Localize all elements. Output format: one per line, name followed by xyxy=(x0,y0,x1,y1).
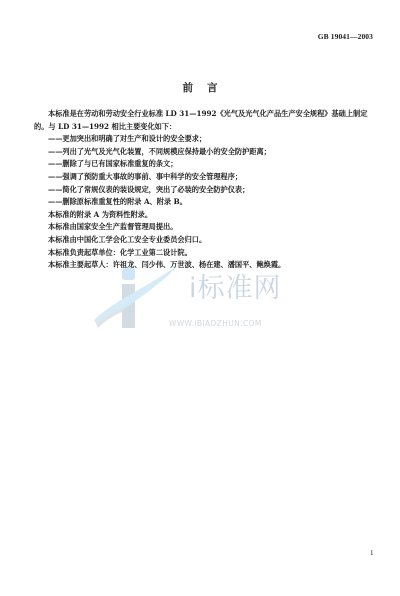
standard-number: GB 19041—2003 xyxy=(318,32,373,41)
watermark-brand: i标准网 xyxy=(189,266,282,305)
statement-line: 本标准由国家安全生产监督管理局提出。 xyxy=(34,221,370,234)
statement-line: 本标准由中国化工学会化工安全专业委员会归口。 xyxy=(34,234,370,247)
page-number: 1 xyxy=(370,549,374,557)
watermark-url: WWW.iBIAOZHUN.COM xyxy=(169,319,262,328)
change-item: ——简化了常规仪表的装设规定，突出了必装的安全防护仪表； xyxy=(34,184,370,197)
change-item: ——删除了与已有国家标准重复的条文； xyxy=(34,158,370,171)
change-item: ——更加突出和明确了对生产和设计的安全要求； xyxy=(34,133,370,146)
watermark: i标准网 WWW.iBIAOZHUN.COM xyxy=(92,262,332,352)
change-item: ——强调了预防重大事故的事前、事中科学的安全管理程序； xyxy=(34,171,370,184)
statement-line: 本标准主要起草人：许祖龙、闫少伟、万世波、杨在建、潘国平、鲍焕霞。 xyxy=(34,259,370,272)
change-item: ——列出了光气及光气化装置，不同规模应保持最小的安全防护距离； xyxy=(34,146,370,159)
foreword-body: 本标准是在劳动和劳动安全行业标准 LD 31—1992《光气及光气化产品生产安全… xyxy=(34,108,370,272)
statement-line: 本标准的附录 A 为资料性附录。 xyxy=(34,209,370,222)
watermark-logo-icon xyxy=(92,262,192,342)
statement-line: 本标准负责起草单位：化学工业第二设计院。 xyxy=(34,247,370,260)
intro-paragraph: 本标准是在劳动和劳动安全行业标准 LD 31—1992《光气及光气化产品生产安全… xyxy=(34,108,370,133)
page-title: 前言 xyxy=(0,80,400,95)
change-item: ——删除原标准重复性的附录 A、附录 B。 xyxy=(34,196,370,209)
